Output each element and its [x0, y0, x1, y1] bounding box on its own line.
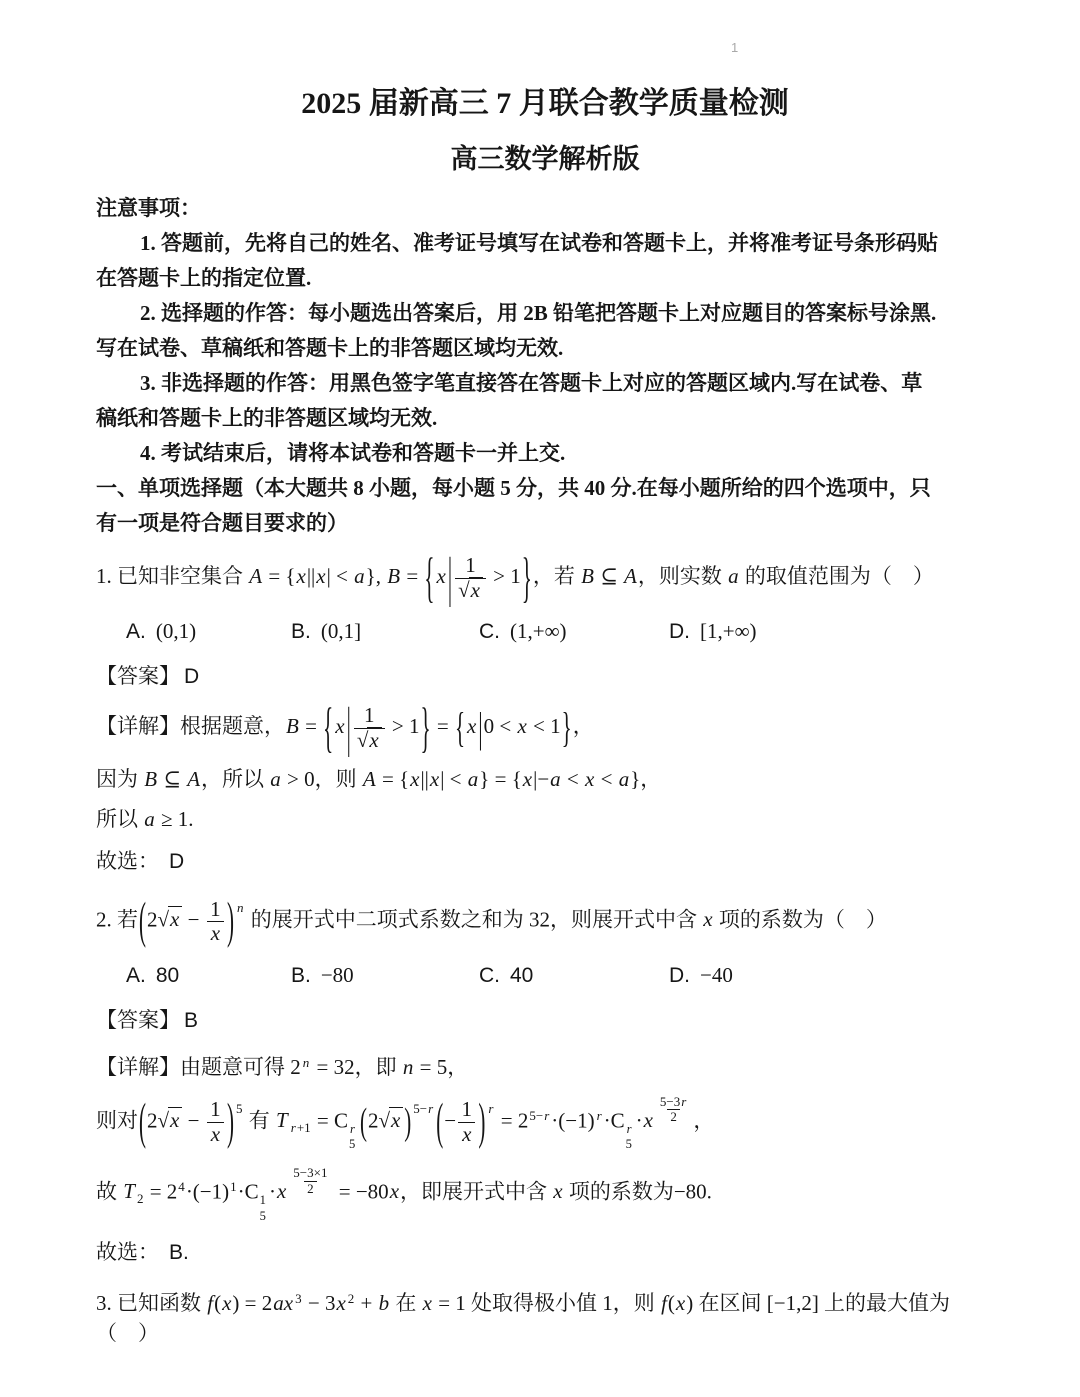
- option-value: (0,1]: [321, 619, 361, 643]
- notice-item-1-line-1: 1. 答题前，先将自己的姓名、准考证号填写在试卷和答题卡上，并将准考证号条形码贴: [96, 229, 994, 258]
- doc-title: 2025 届新高三 7 月联合教学质量检测: [96, 84, 994, 124]
- choice-letter: B.: [169, 1241, 189, 1264]
- question-1-answer-line: 【答案】D: [96, 661, 994, 692]
- option-label: C.: [479, 964, 500, 987]
- notice-item-4: 4. 考试结束后，请将本试卷和答题卡一并上交.: [96, 439, 994, 468]
- section-1-heading-line-1: 一、单项选择题（本大题共 8 小题，每小题 5 分，共 40 分.在每小题所给的…: [96, 474, 994, 503]
- notice-item-1-line-2: 在答题卡上的指定位置.: [96, 264, 994, 293]
- question-2-solution-line-2: 则对(2√x − 1x)5 有 Tr+1 = Cr5(2√x)5−r(−1x)r…: [96, 1094, 994, 1153]
- option-value: (0,1): [156, 619, 196, 643]
- option-label: B.: [291, 620, 311, 643]
- option-value: 40: [510, 964, 533, 987]
- question-2-option-c: C.40: [479, 960, 669, 991]
- question-1-solution-line-3: 所以 a ≥ 1.: [96, 804, 994, 834]
- option-value: 80: [156, 964, 179, 987]
- option-label: C.: [479, 620, 500, 643]
- answer-label: 【答案】: [96, 664, 180, 688]
- notice-item-3-line-1: 3. 非选择题的作答：用黑色签字笔直接答在答题卡上对应的答题区域内.写在试卷、草: [96, 369, 994, 398]
- option-value: −40: [700, 963, 733, 987]
- question-2-option-d: D.−40: [669, 960, 733, 991]
- option-value: [1,+∞): [700, 619, 757, 643]
- option-label: D.: [669, 964, 690, 987]
- question-1-stem: 1. 已知非空集合 A = {x||x| < a}, B = {x|1√x > …: [96, 554, 994, 602]
- question-2-stem: 2. 若(2√x − 1x)n 的展开式中二项式系数之和为 32，则展开式中含 …: [96, 893, 994, 946]
- question-1-option-b: B.(0,1]: [291, 616, 479, 647]
- option-label: A.: [126, 620, 146, 643]
- question-1-option-c: C.(1,+∞): [479, 616, 669, 647]
- question-1-choice-line: 故选：D: [96, 846, 994, 877]
- choice-label: 故选：: [96, 849, 159, 873]
- question-2-option-b: B.−80: [291, 960, 479, 991]
- answer-label: 【答案】: [96, 1008, 180, 1032]
- question-2-solution-line-3: 故 T2 = 24·(−1)1·C15·x5−3×12 = −80x，即展开式中…: [96, 1165, 994, 1224]
- option-label: D.: [669, 620, 690, 643]
- question-1-option-d: D.[1,+∞): [669, 616, 757, 647]
- answer-letter: B: [184, 1009, 198, 1032]
- option-label: A.: [126, 964, 146, 987]
- question-2-answer-line: 【答案】B: [96, 1005, 994, 1036]
- section-1-heading-line-2: 有一项是符合题目要求的）: [96, 509, 994, 538]
- question-2-options: A.80 B.−80 C.40 D.−40: [96, 960, 994, 991]
- question-2-choice-line: 故选：B.: [96, 1237, 994, 1268]
- notice-item-3-line-2: 稿纸和答题卡上的非答题区域均无效.: [96, 404, 994, 433]
- choice-letter: D: [169, 850, 184, 873]
- question-2-solution-line-1: 【详解】由题意可得 2n = 32，即 n = 5，: [96, 1048, 994, 1082]
- question-1-options: A.(0,1) B.(0,1] C.(1,+∞) D.[1,+∞): [96, 616, 994, 647]
- notice-item-2-line-2: 写在试卷、草稿纸和答题卡上的非答题区域均无效.: [96, 334, 994, 363]
- notice-heading: 注意事项：: [96, 194, 994, 223]
- question-2-option-a: A.80: [126, 960, 291, 991]
- option-value: −80: [321, 963, 354, 987]
- choice-label: 故选：: [96, 1240, 159, 1264]
- option-label: B.: [291, 964, 311, 987]
- page-number: 1: [731, 40, 738, 55]
- question-3-stem: 3. 已知函数 f(x) = 2ax3 − 3x2 + b 在 x = 1 处取…: [96, 1284, 994, 1348]
- notice-item-2-line-1: 2. 选择题的作答：每小题选出答案后，用 2B 铅笔把答题卡上对应题目的答案标号…: [96, 299, 994, 328]
- exam-document-page: 1 2025 届新高三 7 月联合教学质量检测 高三数学解析版 注意事项： 1.…: [0, 0, 1080, 1397]
- question-1-solution-line-1: 【详解】根据题意，B = {x|1√x > 1} = {x|0 < x < 1}…: [96, 704, 994, 752]
- question-1-solution-line-2: 因为 B ⊆ A，所以 a > 0，则 A = {x||x| < a} = {x…: [96, 764, 994, 794]
- doc-subtitle: 高三数学解析版: [96, 140, 994, 178]
- answer-letter: D: [184, 665, 199, 688]
- question-1-option-a: A.(0,1): [126, 616, 291, 647]
- option-value: (1,+∞): [510, 619, 567, 643]
